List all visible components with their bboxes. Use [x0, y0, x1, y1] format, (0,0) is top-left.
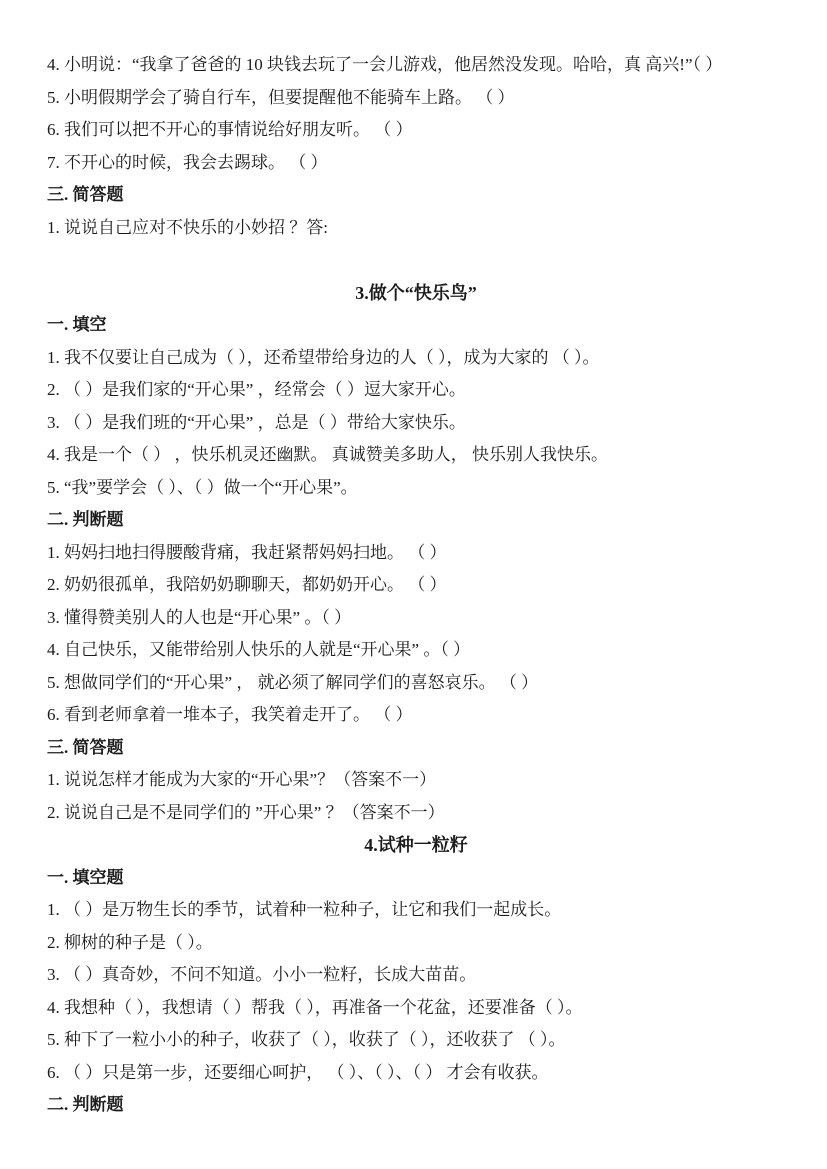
- judgement-item: 6. 我们可以把不开心的事情说给好朋友听。 （ ）: [47, 114, 785, 147]
- fill-item: 3. （ ）真奇妙，不问不知道。小小一粒籽，长成大苗苗。: [47, 959, 785, 992]
- section-heading-fill: 一. 填空题: [47, 862, 785, 895]
- section-heading-judgement: 二. 判断题: [47, 1089, 785, 1122]
- judgement-item: 4. 小明说：“我拿了爸爸的 10 块钱去玩了一会儿游戏，他居然没发现。哈哈，真…: [47, 49, 785, 82]
- judgement-item: 2. 奶奶很孤单，我陪奶奶聊聊天，都奶奶开心。 （ ）: [47, 569, 785, 602]
- fill-item: 1. 我不仅要让自己成为（ ），还希望带给身边的人（ ），成为大家的 （ ）。: [47, 342, 785, 375]
- fill-item: 1. （ ）是万物生长的季节，试着种一粒种子，让它和我们一起成长。: [47, 894, 785, 927]
- worksheet-page: 4. 小明说：“我拿了爸爸的 10 块钱去玩了一会儿游戏，他居然没发现。哈哈，真…: [0, 0, 827, 1169]
- fill-item: 4. 我是一个（ ） ，快乐机灵还幽默。 真诚赞美多助人， 快乐别人我快乐。: [47, 439, 785, 472]
- fill-item: 3. （ ）是我们班的“开心果” ，总是（ ）带给大家快乐。: [47, 407, 785, 440]
- lesson-title: 4.试种一粒籽: [47, 829, 785, 862]
- fill-item: 2. 柳树的种子是（ ）。: [47, 927, 785, 960]
- section-heading-short-answer: 三. 简答题: [47, 732, 785, 765]
- fill-item: 4. 我想种（ ），我想请（ ）帮我（ ），再准备一个花盆，还要准备（ ）。: [47, 992, 785, 1025]
- judgement-item: 1. 妈妈扫地扫得腰酸背痛，我赶紧帮妈妈扫地。 （ ）: [47, 537, 785, 570]
- fill-item: 6. （ ）只是第一步，还要细心呵护， （ ）、（ ）、（ ） 才会有收获。: [47, 1057, 785, 1090]
- short-answer-item: 1. 说说自己应对不快乐的小妙招 ？答:: [47, 212, 785, 245]
- short-answer-item: 1. 说说怎样才能成为大家的“开心果”？（答案不一）: [47, 764, 785, 797]
- judgement-item: 5. 想做同学们的“开心果” ， 就必须了解同学们的喜怒哀乐。 （ ）: [47, 667, 785, 700]
- blank-line: [47, 244, 785, 277]
- lesson-title: 3.做个“快乐鸟”: [47, 277, 785, 310]
- judgement-item: 5. 小明假期学会了骑自行车，但要提醒他不能骑车上路。 （ ）: [47, 82, 785, 115]
- fill-item: 5. 种下了一粒小小的种子，收获了（ ），收获了（ ），还收获了 （ ）。: [47, 1024, 785, 1057]
- judgement-item: 3. 懂得赞美别人的人也是“开心果” 。（ ）: [47, 602, 785, 635]
- fill-item: 5. “我”要学会（ ）、（ ）做一个“开心果”。: [47, 472, 785, 505]
- section-heading-short-answer: 三. 简答题: [47, 179, 785, 212]
- section-heading-judgement: 二. 判断题: [47, 504, 785, 537]
- section-heading-fill: 一. 填空: [47, 309, 785, 342]
- judgement-item: 6. 看到老师拿着一堆本子，我笑着走开了。 （ ）: [47, 699, 785, 732]
- judgement-item: 7. 不开心的时候，我会去踢球。 （ ）: [47, 147, 785, 180]
- judgement-item: 4. 自己快乐，又能带给别人快乐的人就是“开心果” 。（ ）: [47, 634, 785, 667]
- fill-item: 2. （ ）是我们家的“开心果” ，经常会（ ）逗大家开心。: [47, 374, 785, 407]
- short-answer-item: 2. 说说自己是不是同学们的 ”开心果” ？（答案不一）: [47, 797, 785, 830]
